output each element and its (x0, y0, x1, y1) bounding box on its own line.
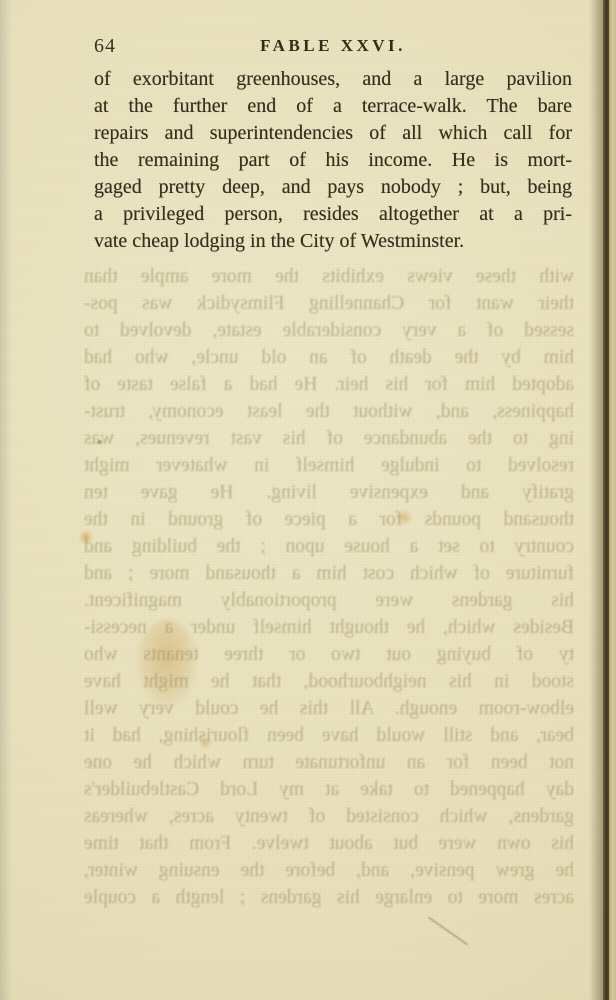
adjacent-page-edge (609, 0, 616, 1000)
text-line: gaged pretty deep, and pays nobody ; but… (94, 174, 572, 201)
left-scan-edge-shadow (0, 0, 12, 1000)
bleedthrough-line: thousand pounds for a piece of ground in… (84, 506, 574, 533)
text-line: of exorbitant greenhouses, and a large p… (94, 66, 572, 93)
bleedthrough-line: happiness, and, without the least econom… (84, 398, 574, 425)
bleedthrough-line: elbow-room enough. All this he could ver… (84, 695, 574, 722)
text-line: the remaining part of his income. He is … (94, 147, 572, 174)
text-line: a privileged person, resides altogether … (94, 201, 572, 228)
bleedthrough-line: acres more to enlarge his gardens ; leng… (84, 884, 574, 911)
bleedthrough-line: their want for Channelling Flimsydick wa… (84, 290, 574, 317)
bleedthrough-line: he grew pensive, and, before the ensuing… (84, 857, 574, 884)
bleedthrough-line: his own were but about twelve. From that… (84, 830, 574, 857)
page-header: 64 FABLE XXVI. (94, 35, 572, 57)
bleedthrough-line: him by the death of an old uncle, who ha… (84, 344, 574, 371)
bleedthrough-line: with these views exhibits the more ample… (84, 263, 574, 290)
bleedthrough-line: adopted him for his heir. He had a false… (84, 371, 574, 398)
running-title: FABLE XXVI. (94, 36, 572, 56)
bleedthrough-line: sessed of a very considerable estate, de… (84, 317, 574, 344)
text-line: repairs and superintendencies of all whi… (94, 120, 572, 147)
bleedthrough-line: gratify and expensive living. He gave te… (84, 479, 574, 506)
bleedthrough-line: Besides which, he thought himself under … (84, 614, 574, 641)
text-line: vate cheap lodging in the City of Westmi… (94, 228, 572, 255)
bleedthrough-line: bear, and still would have been flourish… (84, 722, 574, 749)
text-line: at the further end of a terrace-walk. Th… (94, 93, 572, 120)
bleedthrough-line: ing to the abundance of his vast revenue… (84, 425, 574, 452)
scratch-mark (428, 916, 468, 945)
book-page-scan: 64 FABLE XXVI. of exorbitant greenhouses… (0, 0, 616, 1000)
bleedthrough-line: gardens, which consisted of twenty acres… (84, 803, 574, 830)
bleedthrough-line: stood in his neighbourhood, that he migh… (84, 668, 574, 695)
bleedthrough-line: furniture of which cost him a thousand m… (84, 560, 574, 587)
bleedthrough-line: country to set a house upon ; the buildi… (84, 533, 574, 560)
bleedthrough-line: his gardens were proportionably magnific… (84, 587, 574, 614)
bleedthrough-line: ty of buying out two or three tenants wh… (84, 641, 574, 668)
reverse-page-bleedthrough: with these views exhibits the more ample… (84, 263, 574, 911)
bleedthrough-line: day happened to take at my Lord Castlebu… (84, 776, 574, 803)
bleedthrough-line: resolved to indulge himself in whatever … (84, 452, 574, 479)
bleedthrough-line: not been for an unfortunate turn which h… (84, 749, 574, 776)
main-paragraph: of exorbitant greenhouses, and a large p… (94, 66, 572, 255)
